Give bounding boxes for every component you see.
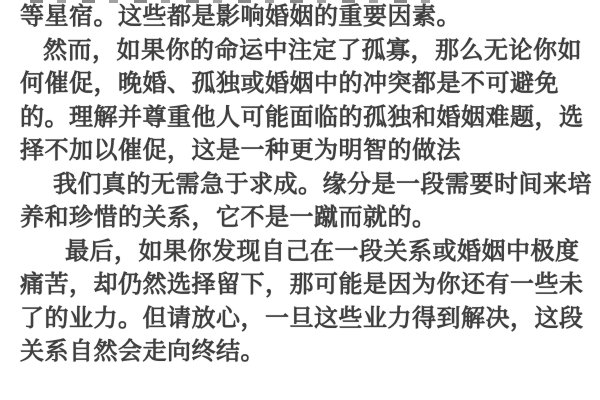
text-line: 痛苦，却仍然选择留下，那可能是因为你还有一些未	[20, 268, 590, 302]
text-line: 了的业力。但请放心，一旦这些业力得到解决，这段	[20, 302, 590, 336]
text-line: 择不加以催促，这是一种更为明智的做法	[20, 134, 590, 168]
article-text: 等星宿。这些都是影响婚姻的重要因素。 然而，如果你的命运中注定了孤寡，那么无论你…	[20, 0, 590, 369]
paragraph-3: 我们真的无需急于求成。缘分是一段需要时间来培 养和珍惜的关系，它不是一蹴而就的。	[20, 168, 590, 235]
text-line: 养和珍惜的关系，它不是一蹴而就的。	[20, 201, 590, 235]
paragraph-4: 最后，如果你发现自己在一段关系或婚姻中极度 痛苦，却仍然选择留下，那可能是因为你…	[20, 235, 590, 369]
text-line: 等星宿。这些都是影响婚姻的重要因素。	[20, 0, 590, 34]
text-line: 我们真的无需急于求成。缘分是一段需要时间来培	[20, 168, 590, 202]
text-line: 何催促，晚婚、孤独或婚姻中的冲突都是不可避免	[20, 67, 590, 101]
text-page: 等星宿。这些都是影响婚姻的重要因素。 然而，如果你的命运中注定了孤寡，那么无论你…	[0, 0, 600, 400]
text-line: 关系自然会走向终结。	[20, 335, 590, 369]
text-line: 的。理解并尊重他人可能面临的孤独和婚姻难题，选	[20, 101, 590, 135]
paragraph-2: 然而，如果你的命运中注定了孤寡，那么无论你如 何催促，晚婚、孤独或婚姻中的冲突都…	[20, 34, 590, 168]
paragraph-1: 等星宿。这些都是影响婚姻的重要因素。	[20, 0, 590, 34]
text-line: 然而，如果你的命运中注定了孤寡，那么无论你如	[20, 34, 590, 68]
text-line: 最后，如果你发现自己在一段关系或婚姻中极度	[20, 235, 590, 269]
